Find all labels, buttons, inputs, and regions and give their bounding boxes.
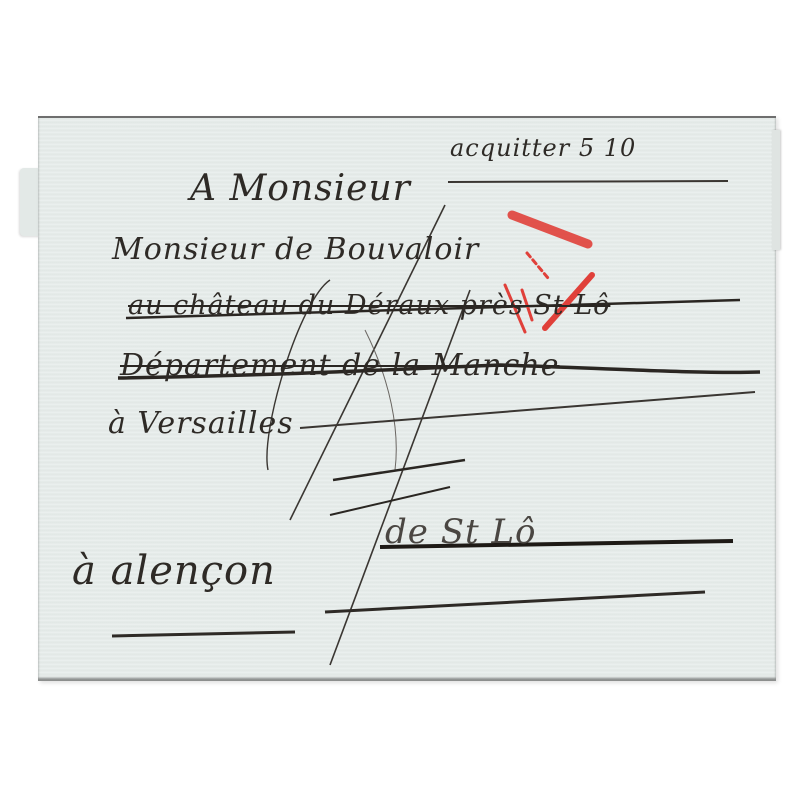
redirect-alencon: à alençon — [72, 548, 276, 594]
ink-strokes — [0, 0, 800, 800]
struck-line-chateau: au château du Déraux près St Lô — [128, 290, 610, 321]
top-note: acquitter 5 10 — [450, 134, 636, 162]
struck-origin-st-lo: de St Lô — [385, 512, 537, 552]
addressee: Monsieur de Bouvaloir — [112, 232, 479, 267]
struck-line-departement: Département de la Manche — [120, 348, 559, 383]
redirect-versailles: à Versailles — [108, 406, 294, 441]
salutation: A Monsieur — [190, 168, 411, 209]
